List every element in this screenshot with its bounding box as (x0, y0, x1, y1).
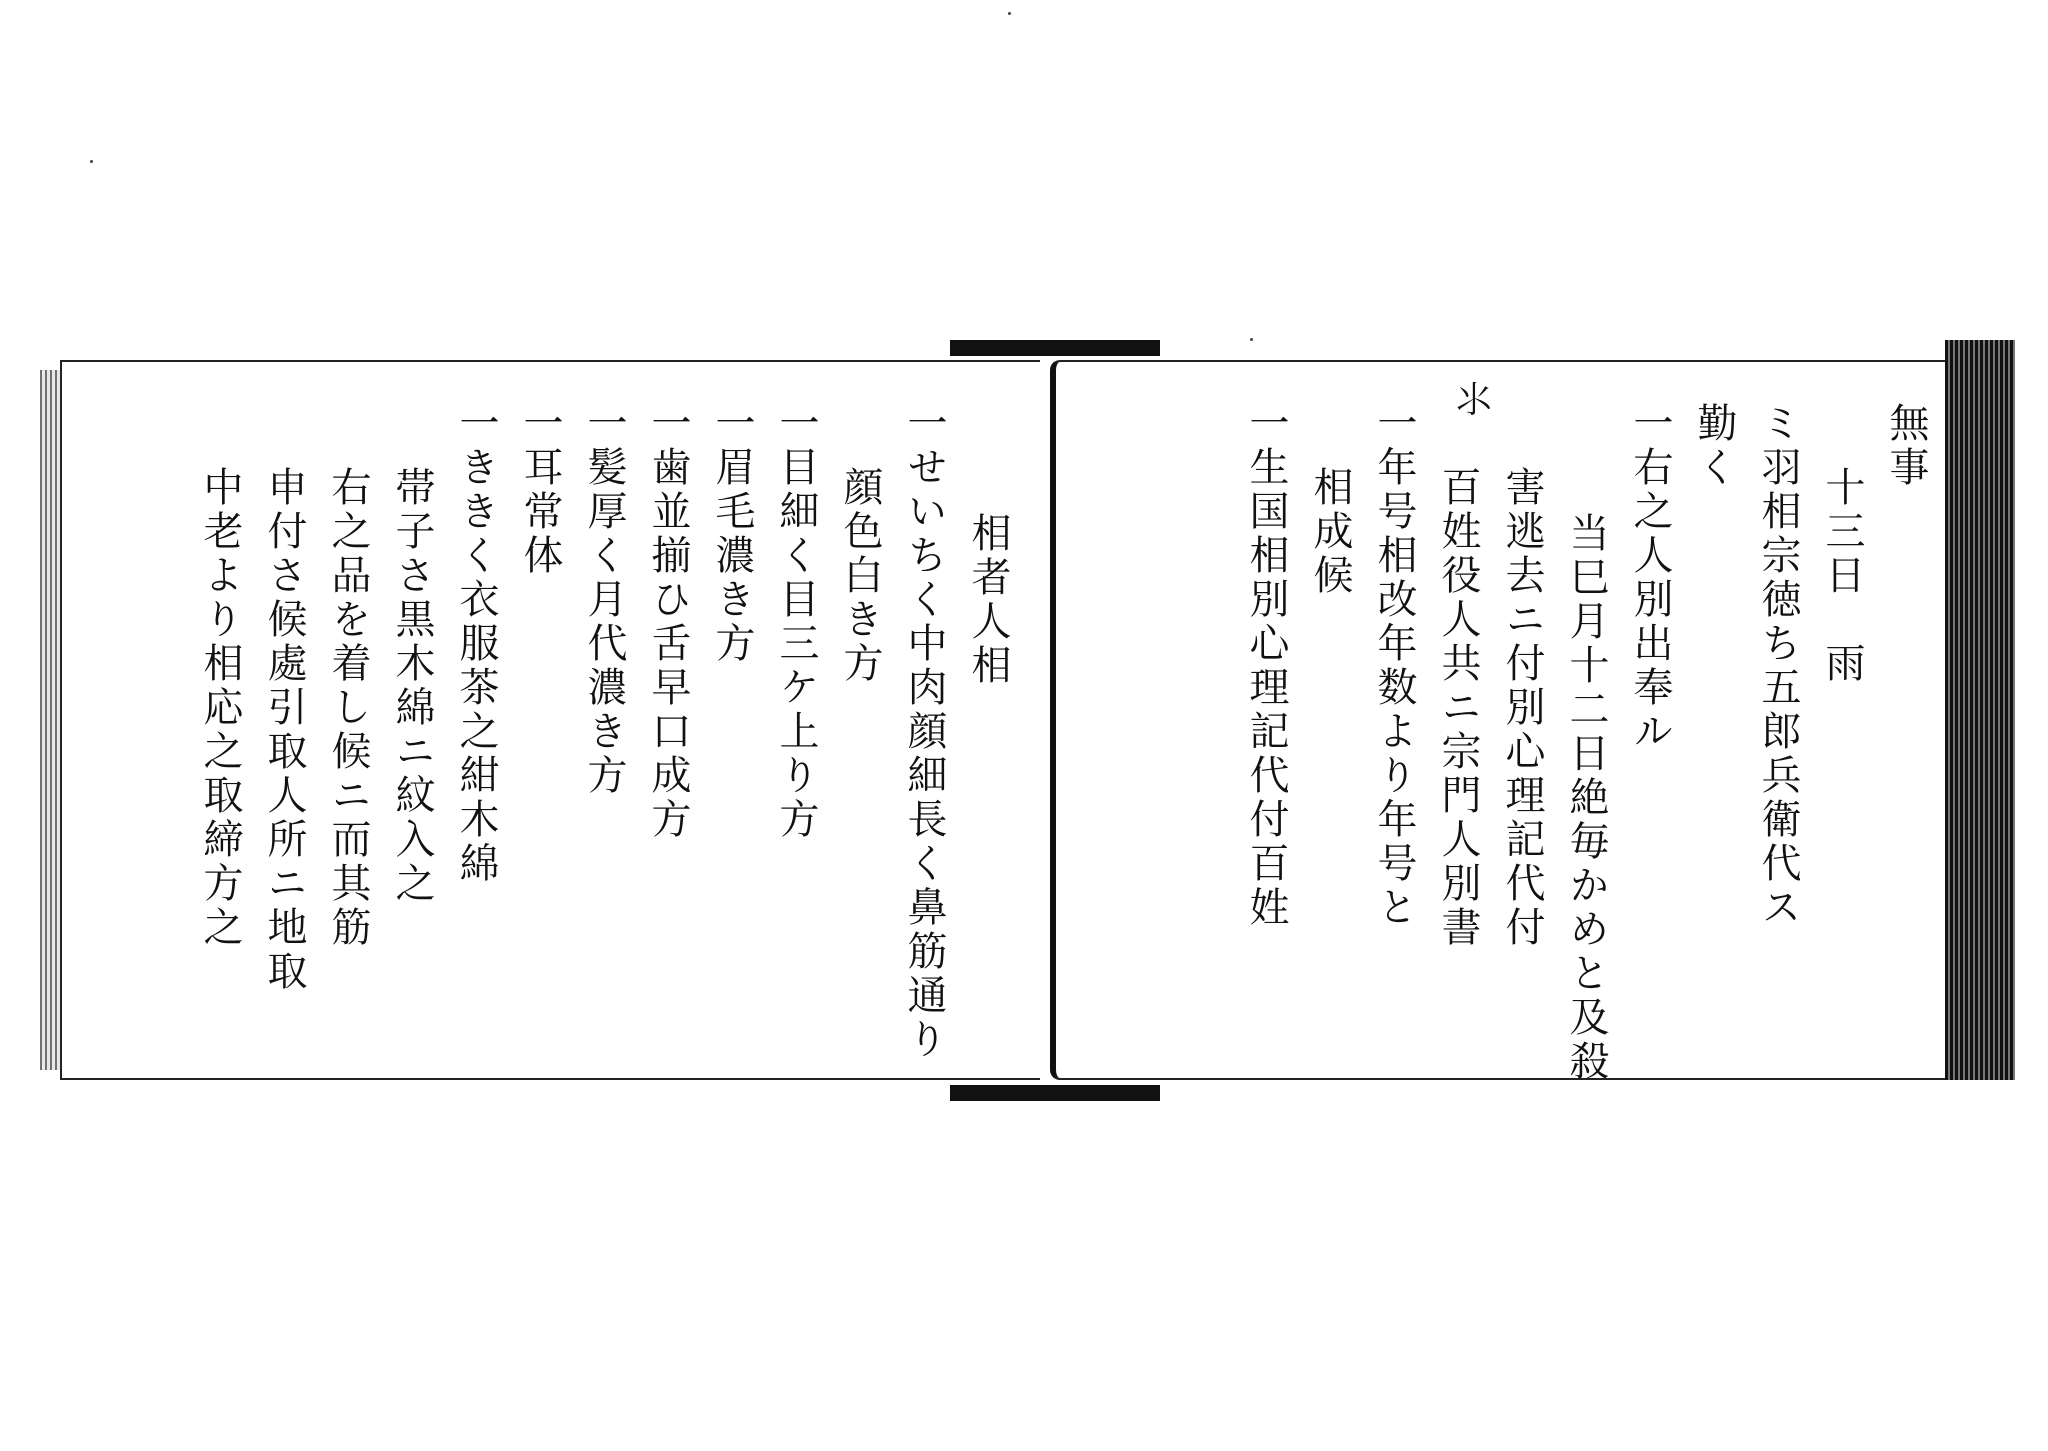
text-column: 当巳月十二日絶毎かめと及殺 (1554, 402, 1618, 1058)
text-column: 無事 (1874, 402, 1938, 1058)
left-page: 相者人相 一せいちく中肉顔細長く鼻筋通り 顔色白き方 一目細く目三ケ上り方 一眉… (60, 360, 1040, 1080)
text-column: 一右之人別出奉ル (1618, 402, 1682, 1058)
open-book: 相者人相 一せいちく中肉顔細長く鼻筋通り 顔色白き方 一目細く目三ケ上り方 一眉… (40, 340, 2030, 1100)
text-column: 勤く (1682, 402, 1746, 1058)
text-column: 一目細く目三ケ上り方 (764, 402, 828, 1058)
right-page-columns: 無事 十三日 雨 ミ羽相宗徳ち五郎兵衛代ス 勤く 一右之人別出奉ル 当巳月十二日… (1076, 402, 1938, 1058)
text-column: 相者人相 (956, 402, 1020, 1058)
right-page-edges (1945, 340, 2015, 1080)
text-column: ミ羽相宗徳ち五郎兵衛代ス (1746, 402, 1810, 1058)
text-column: 一せいちく中肉顔細長く鼻筋通り (892, 402, 956, 1058)
text-column: 百姓役人共ニ宗門人別書 (1426, 402, 1490, 1058)
text-column: 一年号相改年数より年号と (1362, 402, 1426, 1058)
spine-top (950, 340, 1160, 356)
text-column: 一生国相別心理記代付百姓 (1234, 402, 1298, 1058)
text-column: 中老より相応之取締方之 (188, 402, 252, 1058)
text-column: 帯子さ黒木綿ニ紋入之 (380, 402, 444, 1058)
text-column: 十三日 雨 (1810, 402, 1874, 1058)
text-column: 相成候 (1298, 402, 1362, 1058)
scan-speck (90, 160, 93, 163)
spine-bottom (950, 1085, 1160, 1101)
text-column: 申付さ候處引取人所ニ地取 (252, 402, 316, 1058)
right-page: ⺢ 無事 十三日 雨 ミ羽相宗徳ち五郎兵衛代ス 勤く 一右之人別出奉ル 当巳月十… (1050, 360, 1980, 1080)
scan-speck (1008, 12, 1011, 15)
left-page-columns: 相者人相 一せいちく中肉顔細長く鼻筋通り 顔色白き方 一目細く目三ケ上り方 一眉… (182, 402, 1020, 1058)
text-column: 右之品を着し候ニ而其筋 (316, 402, 380, 1058)
text-column: 一眉毛濃き方 (700, 402, 764, 1058)
text-column: 一耳常体 (508, 402, 572, 1058)
text-column: 顔色白き方 (828, 402, 892, 1058)
scan-speck (1250, 338, 1253, 341)
text-column: 一髪厚く月代濃き方 (572, 402, 636, 1058)
text-column: 一ききく衣服茶之紺木綿 (444, 402, 508, 1058)
text-column: 害逃去ニ付別心理記代付 (1490, 402, 1554, 1058)
text-column: 一歯並揃ひ舌早口成方 (636, 402, 700, 1058)
